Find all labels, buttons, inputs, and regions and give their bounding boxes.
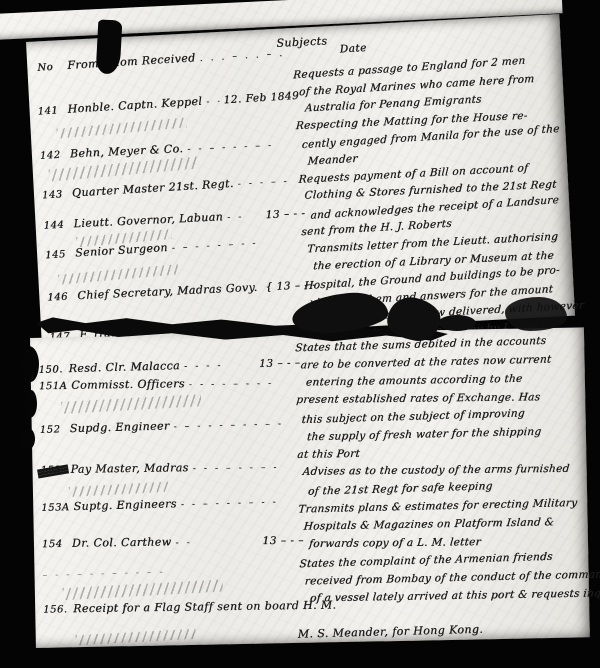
subject-column-bottom: States that the sums debited in the acco… bbox=[30, 327, 590, 648]
ink-blot bbox=[438, 315, 476, 331]
register-page-bottom: 150. Resd. Clr. Malacca - - - - 13 – - –… bbox=[30, 327, 590, 648]
subject-line: entering the amounts according to the bbox=[305, 373, 523, 389]
subject-line: Hospitals & Magazines on Platform Island… bbox=[303, 516, 555, 532]
subject-line: States the complaint of the Armenian fri… bbox=[299, 551, 553, 571]
subject-line: are to be converted at the rates now cur… bbox=[300, 353, 552, 371]
subject-line: Australia for Penang Emigrants bbox=[305, 94, 483, 115]
subject-line: present established rates of Exchange. H… bbox=[296, 391, 541, 406]
subject-line: of the 21st Regt for safe keeping bbox=[308, 480, 494, 498]
edge-ink-blot bbox=[22, 346, 39, 382]
subject-line: Advises as to the custody of the arms fu… bbox=[302, 463, 570, 478]
subject-line: Meander bbox=[307, 153, 358, 168]
subject-line: sent from the H. J. Roberts bbox=[301, 218, 452, 239]
subject-line: the supply of fresh water for the shippi… bbox=[306, 426, 541, 444]
subject-line: received from Bombay of the conduct of t… bbox=[304, 568, 600, 587]
microfilm-frame: No From whom Received . . . – . . – . Da… bbox=[0, 0, 600, 668]
subject-line: this subject on the subject of improving bbox=[301, 407, 525, 426]
subject-line: Transmits plans & estimates for erecting… bbox=[298, 497, 578, 516]
subject-line: at this Port bbox=[297, 448, 361, 461]
subject-line: forwards copy of a L. M. letter bbox=[308, 536, 481, 550]
subject-line: of a vessel lately arrived at this port … bbox=[310, 587, 600, 604]
ink-blot bbox=[505, 297, 567, 331]
edge-ink-blot bbox=[20, 428, 35, 450]
